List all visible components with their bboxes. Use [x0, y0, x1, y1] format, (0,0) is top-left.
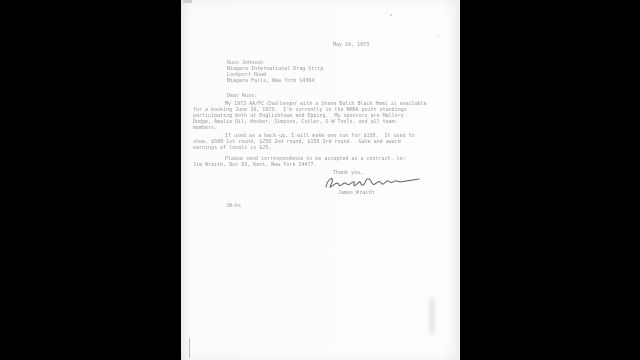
recipient-city-line: Niagara Falls, New York 14304 — [227, 78, 314, 84]
letter-date: May 24, 1973 — [333, 42, 369, 48]
scan-speck — [390, 14, 392, 16]
scan-line-artifact — [189, 338, 190, 358]
salutation: Dear Russ: — [227, 93, 257, 99]
typed-signature-name: James Wraith — [338, 190, 374, 196]
scan-smudge — [429, 298, 435, 334]
scanned-letter-view: May 24, 1973 Russ Johnson Niagara Intern… — [0, 0, 640, 360]
body-line: Jim Wraith, Box 93, Kent, New York 14477… — [193, 162, 316, 168]
scan-speck — [437, 36, 439, 37]
body-line: Dodge, Amalie Oil, Hooker, Simpson, Cutl… — [193, 119, 398, 125]
scan-artifact — [183, 0, 192, 3]
letter-page: May 24, 1973 Russ Johnson Niagara Intern… — [181, 0, 460, 360]
body-line: members. — [193, 125, 217, 131]
reference-initials: JW:ks — [226, 203, 241, 209]
body-line: earnings of locals is $25. — [193, 145, 271, 151]
